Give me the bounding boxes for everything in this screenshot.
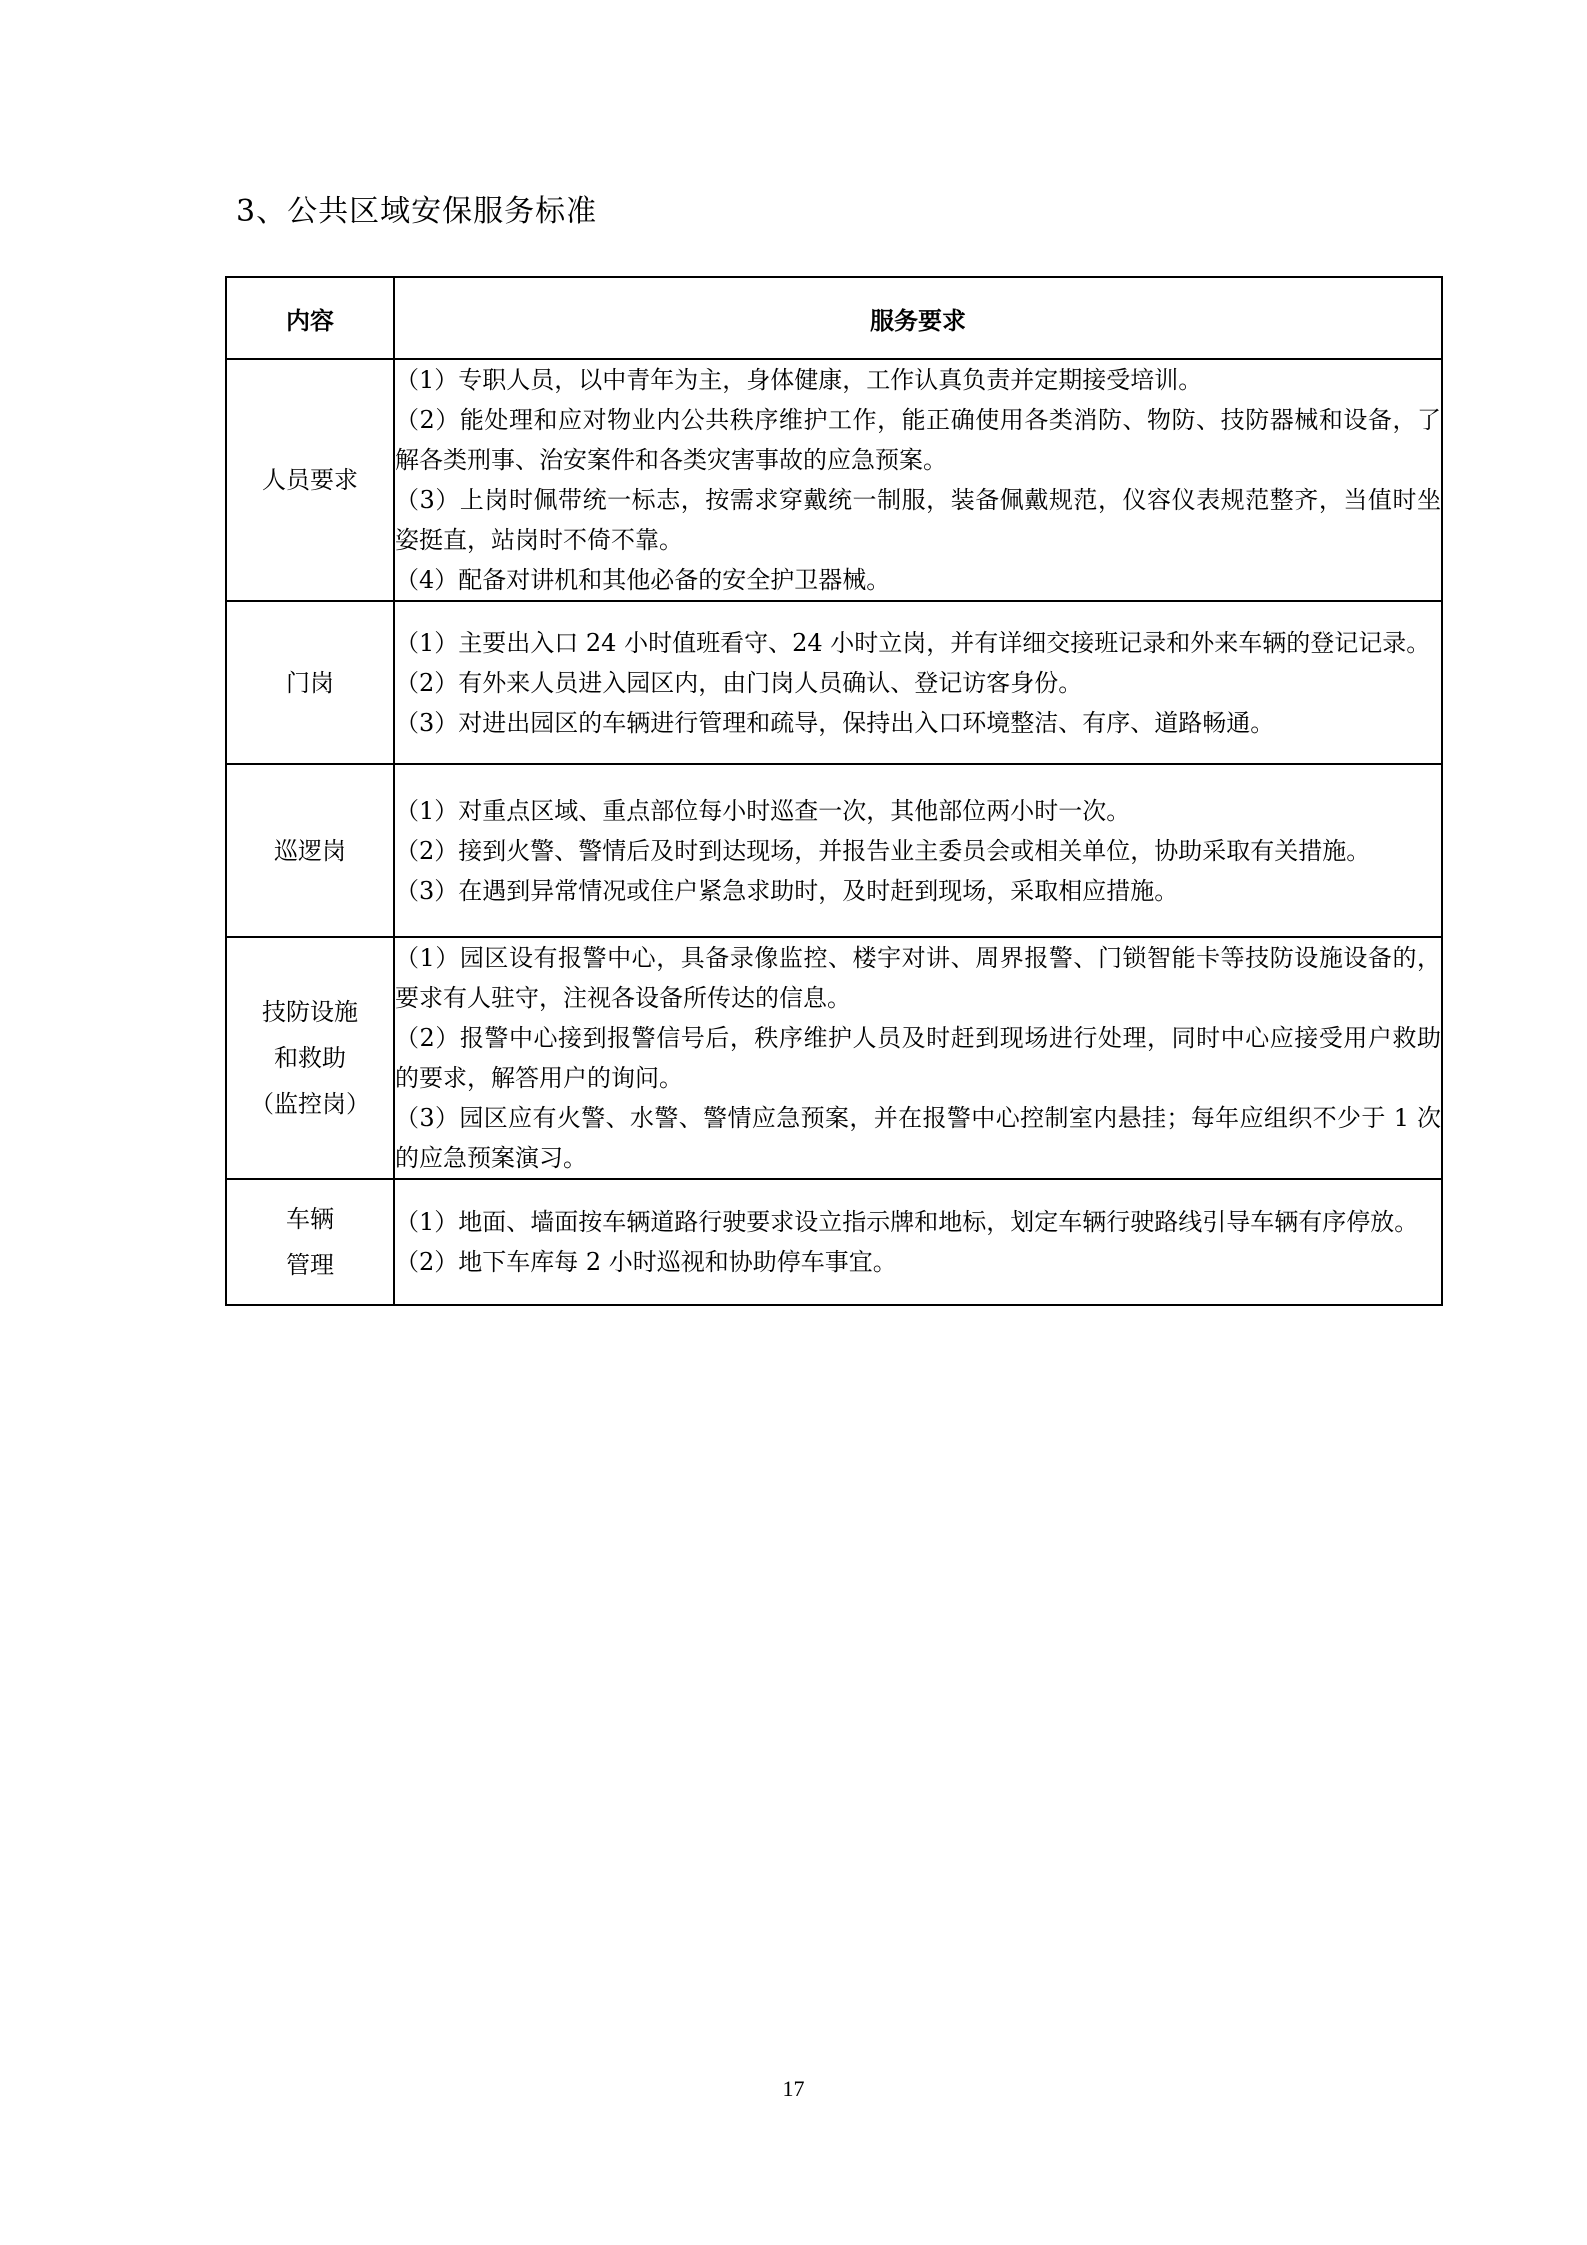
category-label-line: 管理 bbox=[227, 1242, 393, 1288]
section-title: 3、公共区域安保服务标准 bbox=[236, 192, 597, 232]
category-label: 门岗 bbox=[227, 660, 393, 706]
category-label: 人员要求 bbox=[227, 457, 393, 503]
requirements-cell: （1）主要出入口 24 小时值班看守、24 小时立岗，并有详细交接班记录和外来车… bbox=[394, 601, 1442, 764]
table-row-personnel: 人员要求 （1）专职人员，以中青年为主，身体健康，工作认真负责并定期接受培训。 … bbox=[226, 359, 1442, 601]
table-row-vehicle-management: 车辆 管理 （1）地面、墙面按车辆道路行驶要求设立指示牌和地标，划定车辆行驶路线… bbox=[226, 1179, 1442, 1305]
requirements-cell: （1）园区设有报警中心，具备录像监控、楼宇对讲、周界报警、门锁智能卡等技防设施设… bbox=[394, 937, 1442, 1179]
requirement-item: （3）上岗时佩带统一标志，按需求穿戴统一制服，装备佩戴规范，仪容仪表规范整齐，当… bbox=[395, 480, 1441, 560]
requirement-item: （1）专职人员，以中青年为主，身体健康，工作认真负责并定期接受培训。 bbox=[395, 360, 1441, 400]
requirement-item: （2）接到火警、警情后及时到达现场，并报告业主委员会或相关单位，协助采取有关措施… bbox=[395, 831, 1441, 871]
requirement-item: （3）园区应有火警、水警、警情应急预案，并在报警中心控制室内悬挂；每年应组织不少… bbox=[395, 1098, 1441, 1178]
table-row-monitoring-post: 技防设施 和救助 （监控岗） （1）园区设有报警中心，具备录像监控、楼宇对讲、周… bbox=[226, 937, 1442, 1179]
requirement-item: （2）报警中心接到报警信号后，秩序维护人员及时赶到现场进行处理，同时中心应接受用… bbox=[395, 1018, 1441, 1098]
requirement-item: （3）在遇到异常情况或住户紧急求助时，及时赶到现场，采取相应措施。 bbox=[395, 871, 1441, 911]
requirements-cell: （1）专职人员，以中青年为主，身体健康，工作认真负责并定期接受培训。 （2）能处… bbox=[394, 359, 1442, 601]
category-cell: 门岗 bbox=[226, 601, 394, 764]
requirement-item: （3）对进出园区的车辆进行管理和疏导，保持出入口环境整洁、有序、道路畅通。 bbox=[395, 703, 1441, 743]
requirement-item: （1）地面、墙面按车辆道路行驶要求设立指示牌和地标，划定车辆行驶路线引导车辆有序… bbox=[395, 1202, 1441, 1242]
requirement-item: （1）园区设有报警中心，具备录像监控、楼宇对讲、周界报警、门锁智能卡等技防设施设… bbox=[395, 938, 1441, 1018]
table-row-patrol-post: 巡逻岗 （1）对重点区域、重点部位每小时巡查一次，其他部位两小时一次。 （2）接… bbox=[226, 764, 1442, 937]
header-service-requirements: 服务要求 bbox=[394, 277, 1442, 359]
table-header-row: 内容 服务要求 bbox=[226, 277, 1442, 359]
requirement-item: （2）能处理和应对物业内公共秩序维护工作，能正确使用各类消防、物防、技防器械和设… bbox=[395, 400, 1441, 480]
requirement-item: （2）有外来人员进入园区内，由门岗人员确认、登记访客身份。 bbox=[395, 663, 1441, 703]
page-number: 17 bbox=[0, 2076, 1587, 2102]
category-cell: 巡逻岗 bbox=[226, 764, 394, 937]
security-service-standards-table: 内容 服务要求 人员要求 （1）专职人员，以中青年为主，身体健康，工作认真负责并… bbox=[225, 276, 1443, 1306]
category-cell: 人员要求 bbox=[226, 359, 394, 601]
category-label-line: 车辆 bbox=[227, 1196, 393, 1242]
category-cell: 车辆 管理 bbox=[226, 1179, 394, 1305]
header-content: 内容 bbox=[226, 277, 394, 359]
requirement-item: （4）配备对讲机和其他必备的安全护卫器械。 bbox=[395, 560, 1441, 600]
requirement-item: （2）地下车库每 2 小时巡视和协助停车事宜。 bbox=[395, 1242, 1441, 1282]
requirements-cell: （1）对重点区域、重点部位每小时巡查一次，其他部位两小时一次。 （2）接到火警、… bbox=[394, 764, 1442, 937]
requirement-item: （1）主要出入口 24 小时值班看守、24 小时立岗，并有详细交接班记录和外来车… bbox=[395, 623, 1441, 663]
requirements-cell: （1）地面、墙面按车辆道路行驶要求设立指示牌和地标，划定车辆行驶路线引导车辆有序… bbox=[394, 1179, 1442, 1305]
requirement-item: （1）对重点区域、重点部位每小时巡查一次，其他部位两小时一次。 bbox=[395, 791, 1441, 831]
category-label: 巡逻岗 bbox=[227, 828, 393, 874]
table-row-gate-post: 门岗 （1）主要出入口 24 小时值班看守、24 小时立岗，并有详细交接班记录和… bbox=[226, 601, 1442, 764]
category-label-line: （监控岗） bbox=[227, 1081, 393, 1127]
category-cell: 技防设施 和救助 （监控岗） bbox=[226, 937, 394, 1179]
category-label-line: 技防设施 bbox=[227, 989, 393, 1035]
category-label-line: 和救助 bbox=[227, 1035, 393, 1081]
